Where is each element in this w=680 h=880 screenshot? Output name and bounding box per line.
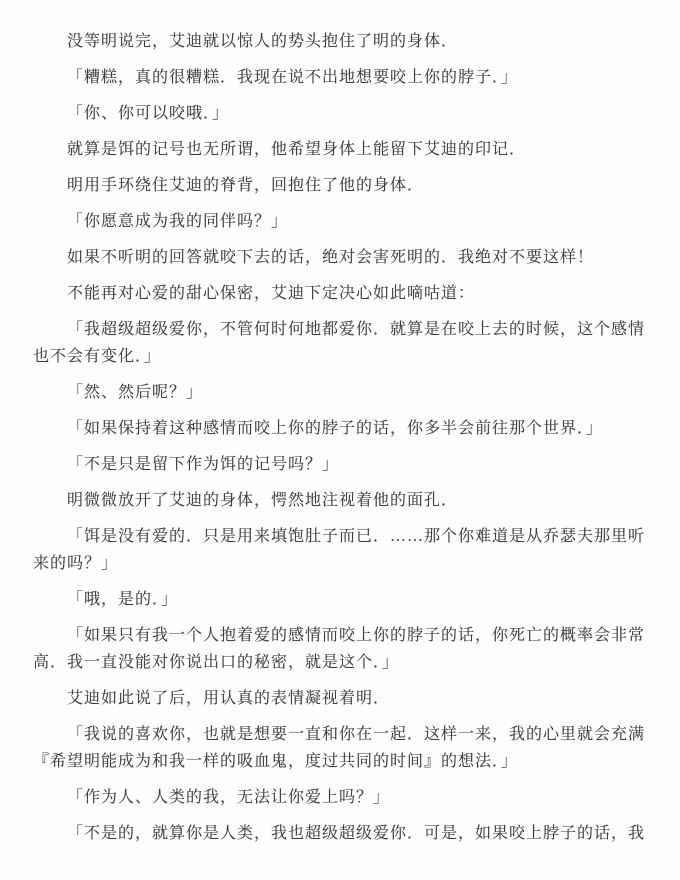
paragraph: 「饵是没有爱的．只是用来填饱肚子而已．……那个你难道是从乔瑟夫那里听来的吗？」 <box>33 523 648 577</box>
paragraph: 「作为人、人类的我，无法让你爱上吗？」 <box>33 784 648 811</box>
paragraph: 艾迪如此说了后，用认真的表情凝视着明． <box>33 685 648 712</box>
paragraph: 不能再对心爱的甜心保密，艾迪下定决心如此嘀咕道： <box>33 280 648 307</box>
paragraph: 就算是饵的记号也无所谓，他希望身体上能留下艾迪的印记． <box>33 136 648 163</box>
paragraph: 明用手环绕住艾迪的脊背，回抱住了他的身体． <box>33 172 648 199</box>
paragraph: 「不是只是留下作为饵的记号吗？」 <box>33 451 648 478</box>
paragraph: 「哦，是的．」 <box>33 586 648 613</box>
paragraph: 「糟糕，真的很糟糕．我现在说不出地想要咬上你的脖子．」 <box>33 64 648 91</box>
paragraph: 没等明说完，艾迪就以惊人的势头抱住了明的身体． <box>33 28 648 55</box>
paragraph: 「不是的，就算你是人类，我也超级超级爱你．可是，如果咬上脖子的话，我 <box>33 820 648 847</box>
paragraph: 如果不听明的回答就咬下去的话，绝对会害死明的．我绝对不要这样！ <box>33 244 648 271</box>
paragraph: 明微微放开了艾迪的身体，愕然地注视着他的面孔． <box>33 487 648 514</box>
paragraph: 「我说的喜欢你，也就是想要一直和你在一起．这样一来，我的心里就会充满『希望明能成… <box>33 721 648 775</box>
paragraph: 「我超级超级爱你，不管何时何地都爱你．就算是在咬上去的时候，这个感情也不会有变化… <box>33 316 648 370</box>
paragraph: 「你愿意成为我的同伴吗？」 <box>33 208 648 235</box>
paragraph: 「如果保持着这种感情而咬上你的脖子的话，你多半会前往那个世界．」 <box>33 415 648 442</box>
paragraph: 「如果只有我一个人抱着爱的感情而咬上你的脖子的话，你死亡的概率会非常高．我一直没… <box>33 622 648 676</box>
page: 没等明说完，艾迪就以惊人的势头抱住了明的身体． 「糟糕，真的很糟糕．我现在说不出… <box>0 0 680 880</box>
paragraph: 「你、你可以咬哦．」 <box>33 100 648 127</box>
paragraph: 「然、然后呢？」 <box>33 379 648 406</box>
